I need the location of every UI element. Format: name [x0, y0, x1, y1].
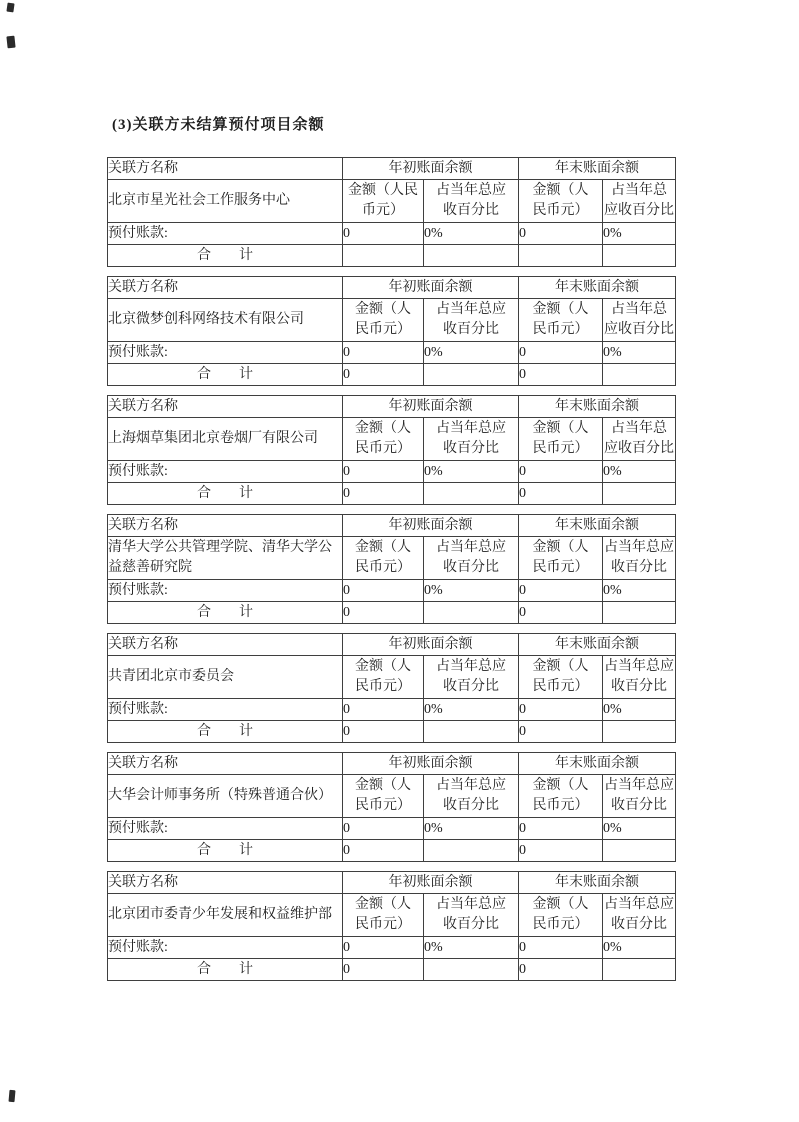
- total-percent-begin: [424, 483, 519, 505]
- end-balance-group-header: 年末账面余额: [519, 515, 676, 537]
- percent-begin-header-cell: 占当年总应 收百分比: [424, 537, 519, 580]
- prepaid-amount-end: 0: [519, 580, 603, 602]
- percent-end-header-cell: 占当年总应 收百分比: [603, 775, 676, 818]
- prepaid-amount-end: 0: [519, 223, 603, 245]
- total-amount-begin: 0: [343, 602, 424, 624]
- total-percent-end: [603, 721, 676, 743]
- scan-artifact-mark: [6, 3, 14, 13]
- total-amount-end: 0: [519, 364, 603, 386]
- party-name-cell: 北京团市委青少年发展和权益维护部: [108, 894, 343, 937]
- total-row-label: 合 计: [108, 721, 343, 743]
- party-name-header-cell: 关联方名称: [108, 753, 343, 775]
- amount-end-header-cell: 金额（人 民币元）: [519, 894, 603, 937]
- begin-balance-group-header: 年初账面余额: [343, 277, 519, 299]
- related-party-table: 关联方名称 年初账面余额 年末账面余额 上海烟草集团北京卷烟厂有限公司 金额（人…: [107, 395, 676, 505]
- total-percent-end: [603, 364, 676, 386]
- amount-end-header-cell: 金额（人 民币元）: [519, 775, 603, 818]
- related-party-table: 关联方名称 年初账面余额 年末账面余额 大华会计师事务所（特殊普通合伙） 金额（…: [107, 752, 676, 862]
- total-amount-begin: 0: [343, 483, 424, 505]
- total-percent-begin: [424, 245, 519, 267]
- prepaid-percent-end: 0%: [603, 818, 676, 840]
- related-party-table: 关联方名称 年初账面余额 年末账面余额 清华大学公共管理学院、清华大学公益慈善研…: [107, 514, 676, 624]
- begin-balance-group-header: 年初账面余额: [343, 515, 519, 537]
- prepaid-amount-end: 0: [519, 461, 603, 483]
- party-name-cell: 清华大学公共管理学院、清华大学公益慈善研究院: [108, 537, 343, 580]
- prepaid-percent-end: 0%: [603, 937, 676, 959]
- end-balance-group-header: 年末账面余额: [519, 753, 676, 775]
- total-amount-begin: 0: [343, 721, 424, 743]
- party-name-cell: 上海烟草集团北京卷烟厂有限公司: [108, 418, 343, 461]
- prepaid-percent-end: 0%: [603, 699, 676, 721]
- related-party-table: 关联方名称 年初账面余额 年末账面余额 共青团北京市委员会 金额（人 民币元） …: [107, 633, 676, 743]
- party-name-cell: 北京市星光社会工作服务中心: [108, 180, 343, 223]
- tables-container: 关联方名称 年初账面余额 年末账面余额 北京市星光社会工作服务中心 金额（人民 …: [107, 157, 675, 990]
- total-amount-end: 0: [519, 840, 603, 862]
- end-balance-group-header: 年末账面余额: [519, 277, 676, 299]
- prepaid-amount-begin: 0: [343, 461, 424, 483]
- total-amount-end: 0: [519, 959, 603, 981]
- prepaid-row-label: 预付账款:: [108, 342, 343, 364]
- total-percent-begin: [424, 959, 519, 981]
- total-row-label: 合 计: [108, 959, 343, 981]
- party-name-cell: 共青团北京市委员会: [108, 656, 343, 699]
- total-amount-begin: 0: [343, 364, 424, 386]
- prepaid-percent-end: 0%: [603, 342, 676, 364]
- total-row-label: 合 计: [108, 483, 343, 505]
- prepaid-amount-begin: 0: [343, 580, 424, 602]
- related-party-table: 关联方名称 年初账面余额 年末账面余额 北京市星光社会工作服务中心 金额（人民 …: [107, 157, 676, 267]
- prepaid-row-label: 预付账款:: [108, 937, 343, 959]
- prepaid-percent-begin: 0%: [424, 461, 519, 483]
- prepaid-row-label: 预付账款:: [108, 461, 343, 483]
- percent-end-header-cell: 占当年总 应收百分比: [603, 299, 676, 342]
- total-row-label: 合 计: [108, 245, 343, 267]
- total-percent-end: [603, 245, 676, 267]
- amount-begin-header-cell: 金额（人 民币元）: [343, 418, 424, 461]
- amount-end-header-cell: 金额（人 民币元）: [519, 537, 603, 580]
- end-balance-group-header: 年末账面余额: [519, 872, 676, 894]
- percent-end-header-cell: 占当年总 应收百分比: [603, 180, 676, 223]
- total-amount-begin: 0: [343, 959, 424, 981]
- end-balance-group-header: 年末账面余额: [519, 634, 676, 656]
- percent-begin-header-cell: 占当年总应 收百分比: [424, 894, 519, 937]
- amount-begin-header-cell: 金额（人 民币元）: [343, 299, 424, 342]
- end-balance-group-header: 年末账面余额: [519, 396, 676, 418]
- prepaid-amount-end: 0: [519, 937, 603, 959]
- page-title: (3)关联方未结算预付项目余额: [112, 113, 325, 134]
- total-percent-end: [603, 840, 676, 862]
- total-amount-end: 0: [519, 602, 603, 624]
- party-name-header-cell: 关联方名称: [108, 158, 343, 180]
- prepaid-percent-begin: 0%: [424, 818, 519, 840]
- prepaid-amount-end: 0: [519, 818, 603, 840]
- percent-end-header-cell: 占当年总 应收百分比: [603, 418, 676, 461]
- prepaid-percent-begin: 0%: [424, 342, 519, 364]
- total-amount-end: 0: [519, 483, 603, 505]
- prepaid-row-label: 预付账款:: [108, 580, 343, 602]
- percent-begin-header-cell: 占当年总应 收百分比: [424, 418, 519, 461]
- party-name-header-cell: 关联方名称: [108, 872, 343, 894]
- prepaid-amount-begin: 0: [343, 937, 424, 959]
- prepaid-amount-begin: 0: [343, 223, 424, 245]
- amount-end-header-cell: 金额（人 民币元）: [519, 299, 603, 342]
- related-party-table: 关联方名称 年初账面余额 年末账面余额 北京团市委青少年发展和权益维护部 金额（…: [107, 871, 676, 981]
- total-percent-begin: [424, 602, 519, 624]
- related-party-table: 关联方名称 年初账面余额 年末账面余额 北京微梦创科网络技术有限公司 金额（人 …: [107, 276, 676, 386]
- total-percent-begin: [424, 721, 519, 743]
- percent-end-header-cell: 占当年总应 收百分比: [603, 537, 676, 580]
- prepaid-percent-end: 0%: [603, 580, 676, 602]
- end-balance-group-header: 年末账面余额: [519, 158, 676, 180]
- scan-artifact-mark: [6, 36, 15, 49]
- scan-artifact-mark: [8, 1090, 15, 1102]
- amount-end-header-cell: 金额（人 民币元）: [519, 418, 603, 461]
- begin-balance-group-header: 年初账面余额: [343, 158, 519, 180]
- percent-end-header-cell: 占当年总应 收百分比: [603, 656, 676, 699]
- total-amount-begin: 0: [343, 840, 424, 862]
- begin-balance-group-header: 年初账面余额: [343, 872, 519, 894]
- total-percent-end: [603, 483, 676, 505]
- total-percent-begin: [424, 364, 519, 386]
- percent-begin-header-cell: 占当年总应 收百分比: [424, 656, 519, 699]
- amount-begin-header-cell: 金额（人 民币元）: [343, 537, 424, 580]
- total-percent-end: [603, 959, 676, 981]
- prepaid-percent-begin: 0%: [424, 699, 519, 721]
- begin-balance-group-header: 年初账面余额: [343, 753, 519, 775]
- amount-begin-header-cell: 金额（人民 币元）: [343, 180, 424, 223]
- total-amount-end: [519, 245, 603, 267]
- prepaid-row-label: 预付账款:: [108, 818, 343, 840]
- party-name-header-cell: 关联方名称: [108, 634, 343, 656]
- party-name-cell: 大华会计师事务所（特殊普通合伙）: [108, 775, 343, 818]
- party-name-header-cell: 关联方名称: [108, 396, 343, 418]
- percent-begin-header-cell: 占当年总应 收百分比: [424, 180, 519, 223]
- prepaid-amount-begin: 0: [343, 699, 424, 721]
- party-name-cell: 北京微梦创科网络技术有限公司: [108, 299, 343, 342]
- amount-end-header-cell: 金额（人 民币元）: [519, 180, 603, 223]
- party-name-header-cell: 关联方名称: [108, 277, 343, 299]
- document-page: (3)关联方未结算预付项目余额 关联方名称 年初账面余额 年末账面余额 北京市星…: [0, 0, 799, 1122]
- begin-balance-group-header: 年初账面余额: [343, 634, 519, 656]
- percent-end-header-cell: 占当年总应 收百分比: [603, 894, 676, 937]
- prepaid-percent-end: 0%: [603, 223, 676, 245]
- prepaid-row-label: 预付账款:: [108, 223, 343, 245]
- prepaid-percent-begin: 0%: [424, 937, 519, 959]
- amount-begin-header-cell: 金额（人 民币元）: [343, 894, 424, 937]
- prepaid-amount-begin: 0: [343, 342, 424, 364]
- amount-begin-header-cell: 金额（人 民币元）: [343, 775, 424, 818]
- prepaid-amount-end: 0: [519, 342, 603, 364]
- begin-balance-group-header: 年初账面余额: [343, 396, 519, 418]
- prepaid-amount-begin: 0: [343, 818, 424, 840]
- prepaid-percent-begin: 0%: [424, 223, 519, 245]
- prepaid-percent-end: 0%: [603, 461, 676, 483]
- percent-begin-header-cell: 占当年总应 收百分比: [424, 775, 519, 818]
- total-row-label: 合 计: [108, 602, 343, 624]
- prepaid-row-label: 预付账款:: [108, 699, 343, 721]
- total-percent-end: [603, 602, 676, 624]
- total-percent-begin: [424, 840, 519, 862]
- prepaid-amount-end: 0: [519, 699, 603, 721]
- amount-begin-header-cell: 金额（人 民币元）: [343, 656, 424, 699]
- amount-end-header-cell: 金额（人 民币元）: [519, 656, 603, 699]
- prepaid-percent-begin: 0%: [424, 580, 519, 602]
- percent-begin-header-cell: 占当年总应 收百分比: [424, 299, 519, 342]
- total-row-label: 合 计: [108, 840, 343, 862]
- total-amount-begin: [343, 245, 424, 267]
- total-row-label: 合 计: [108, 364, 343, 386]
- total-amount-end: 0: [519, 721, 603, 743]
- party-name-header-cell: 关联方名称: [108, 515, 343, 537]
